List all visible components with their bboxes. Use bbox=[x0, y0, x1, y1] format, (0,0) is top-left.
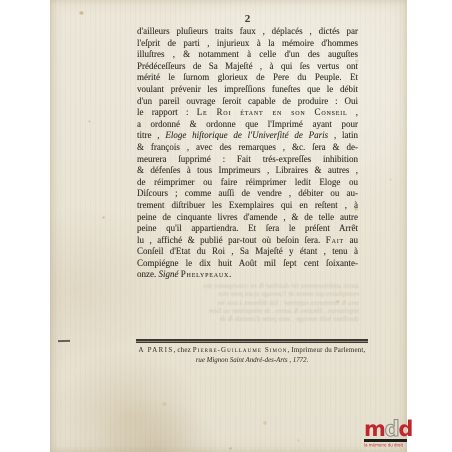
foxing-spot bbox=[162, 402, 167, 406]
scan-canvas: 2 auroit antérieurement été distribué & … bbox=[0, 0, 452, 452]
text-line: peine qu'il appartiendra. Et ſera le pré… bbox=[137, 223, 358, 235]
text-line: lu , affiché & publié par-tout où beſoin… bbox=[137, 235, 358, 247]
foxing-spot bbox=[297, 439, 300, 442]
text-line: Diſcours ; comme auſſi de vendre , débit… bbox=[137, 188, 358, 200]
show-through-line: distribuer ledit ouvrage , sous peine d'… bbox=[136, 316, 359, 324]
foxing-spot bbox=[389, 178, 392, 181]
text-line: meurera ſupprimé : Fait trés-expreſſes i… bbox=[137, 154, 358, 166]
text-line: onze. Signé Phelypeaux. bbox=[137, 269, 358, 281]
mdd-logo: mdd la mémoire du droit bbox=[364, 420, 407, 450]
text-line: le rapport : Le Roi étant en son Conseil… bbox=[137, 107, 358, 119]
text-line: d'ailleurs pluſieurs traits faux , dépla… bbox=[137, 26, 358, 38]
show-through-line: exemplaires qui restent de l'ouvrage aya… bbox=[136, 291, 359, 299]
text-line: d'un pareil ouvrage ſeroit capable de pr… bbox=[137, 96, 358, 108]
text-line: titre , Eloge hiſtorique de l'Univerſité… bbox=[137, 130, 358, 142]
foxing-spot bbox=[102, 216, 105, 219]
text-line: Conſeil d'Etat du Roi , Sa Majeſté y éta… bbox=[137, 246, 358, 258]
mdd-letter: m bbox=[364, 417, 385, 441]
page-number: 2 bbox=[137, 13, 358, 25]
text-line: Prédéceſſeurs de Sa Majeſté , à qui ſes … bbox=[137, 61, 358, 73]
text-line: & défenſes à tous Imprimeurs , Libraires… bbox=[137, 165, 358, 177]
text-line: mérité le ſurnom glorieux de Pere du Peu… bbox=[137, 72, 358, 84]
mdd-letter: d bbox=[385, 417, 399, 441]
foxing-spot bbox=[79, 11, 84, 15]
show-through-line: sera & demeurera supprimé : fait défense… bbox=[136, 300, 359, 308]
text-line: voulant prévenir les impreſſions funeſte… bbox=[137, 84, 358, 96]
mdd-logo-text: mdd bbox=[364, 420, 407, 438]
mdd-letter: d bbox=[398, 417, 412, 441]
foxing-spot bbox=[229, 447, 232, 450]
mdd-logo-tagline: la mémoire du droit bbox=[364, 443, 392, 448]
text-line: & françois , avec des remarques , &c. ſe… bbox=[137, 142, 358, 154]
text-line: a ordonné & ordonne que l'Imprimé ayant … bbox=[137, 119, 358, 131]
text-line: de réimprimer ou faire réimprimer ledit … bbox=[137, 177, 358, 189]
foxing-spot bbox=[263, 421, 267, 425]
separator-rule bbox=[136, 339, 368, 343]
text-line: peine de cinquante livres d'amende , & d… bbox=[137, 212, 358, 224]
show-through-line: auroit antérieurement été distribué & en… bbox=[136, 283, 359, 291]
text-line: Compiégne le dix huit Août mil ſept cent… bbox=[137, 258, 358, 270]
document-page: 2 auroit antérieurement été distribué & … bbox=[50, 0, 407, 452]
text-line: trement diſtribuer les Exemplaires qui e… bbox=[137, 200, 358, 212]
text-line: l'eſprit de parti , injurieux à la mémoi… bbox=[137, 38, 358, 50]
imprint-line-2: rue Mignon Saint André-des-Arts , 1772. bbox=[124, 357, 380, 364]
show-through-line: imprimeurs , libraires & autres , de réi… bbox=[136, 308, 359, 316]
text-line: illuſtres , & notamment à celle d'un des… bbox=[137, 49, 358, 61]
body-text: d'ailleurs pluſieurs traits faux , dépla… bbox=[137, 26, 358, 281]
imprint-line-1: A PARIS, chez Pierre-Guillaume Simon, Im… bbox=[124, 347, 380, 354]
show-through-text: auroit antérieurement été distribué & en… bbox=[136, 283, 359, 324]
foxing-spot bbox=[88, 120, 91, 123]
ink-mark bbox=[58, 340, 70, 342]
